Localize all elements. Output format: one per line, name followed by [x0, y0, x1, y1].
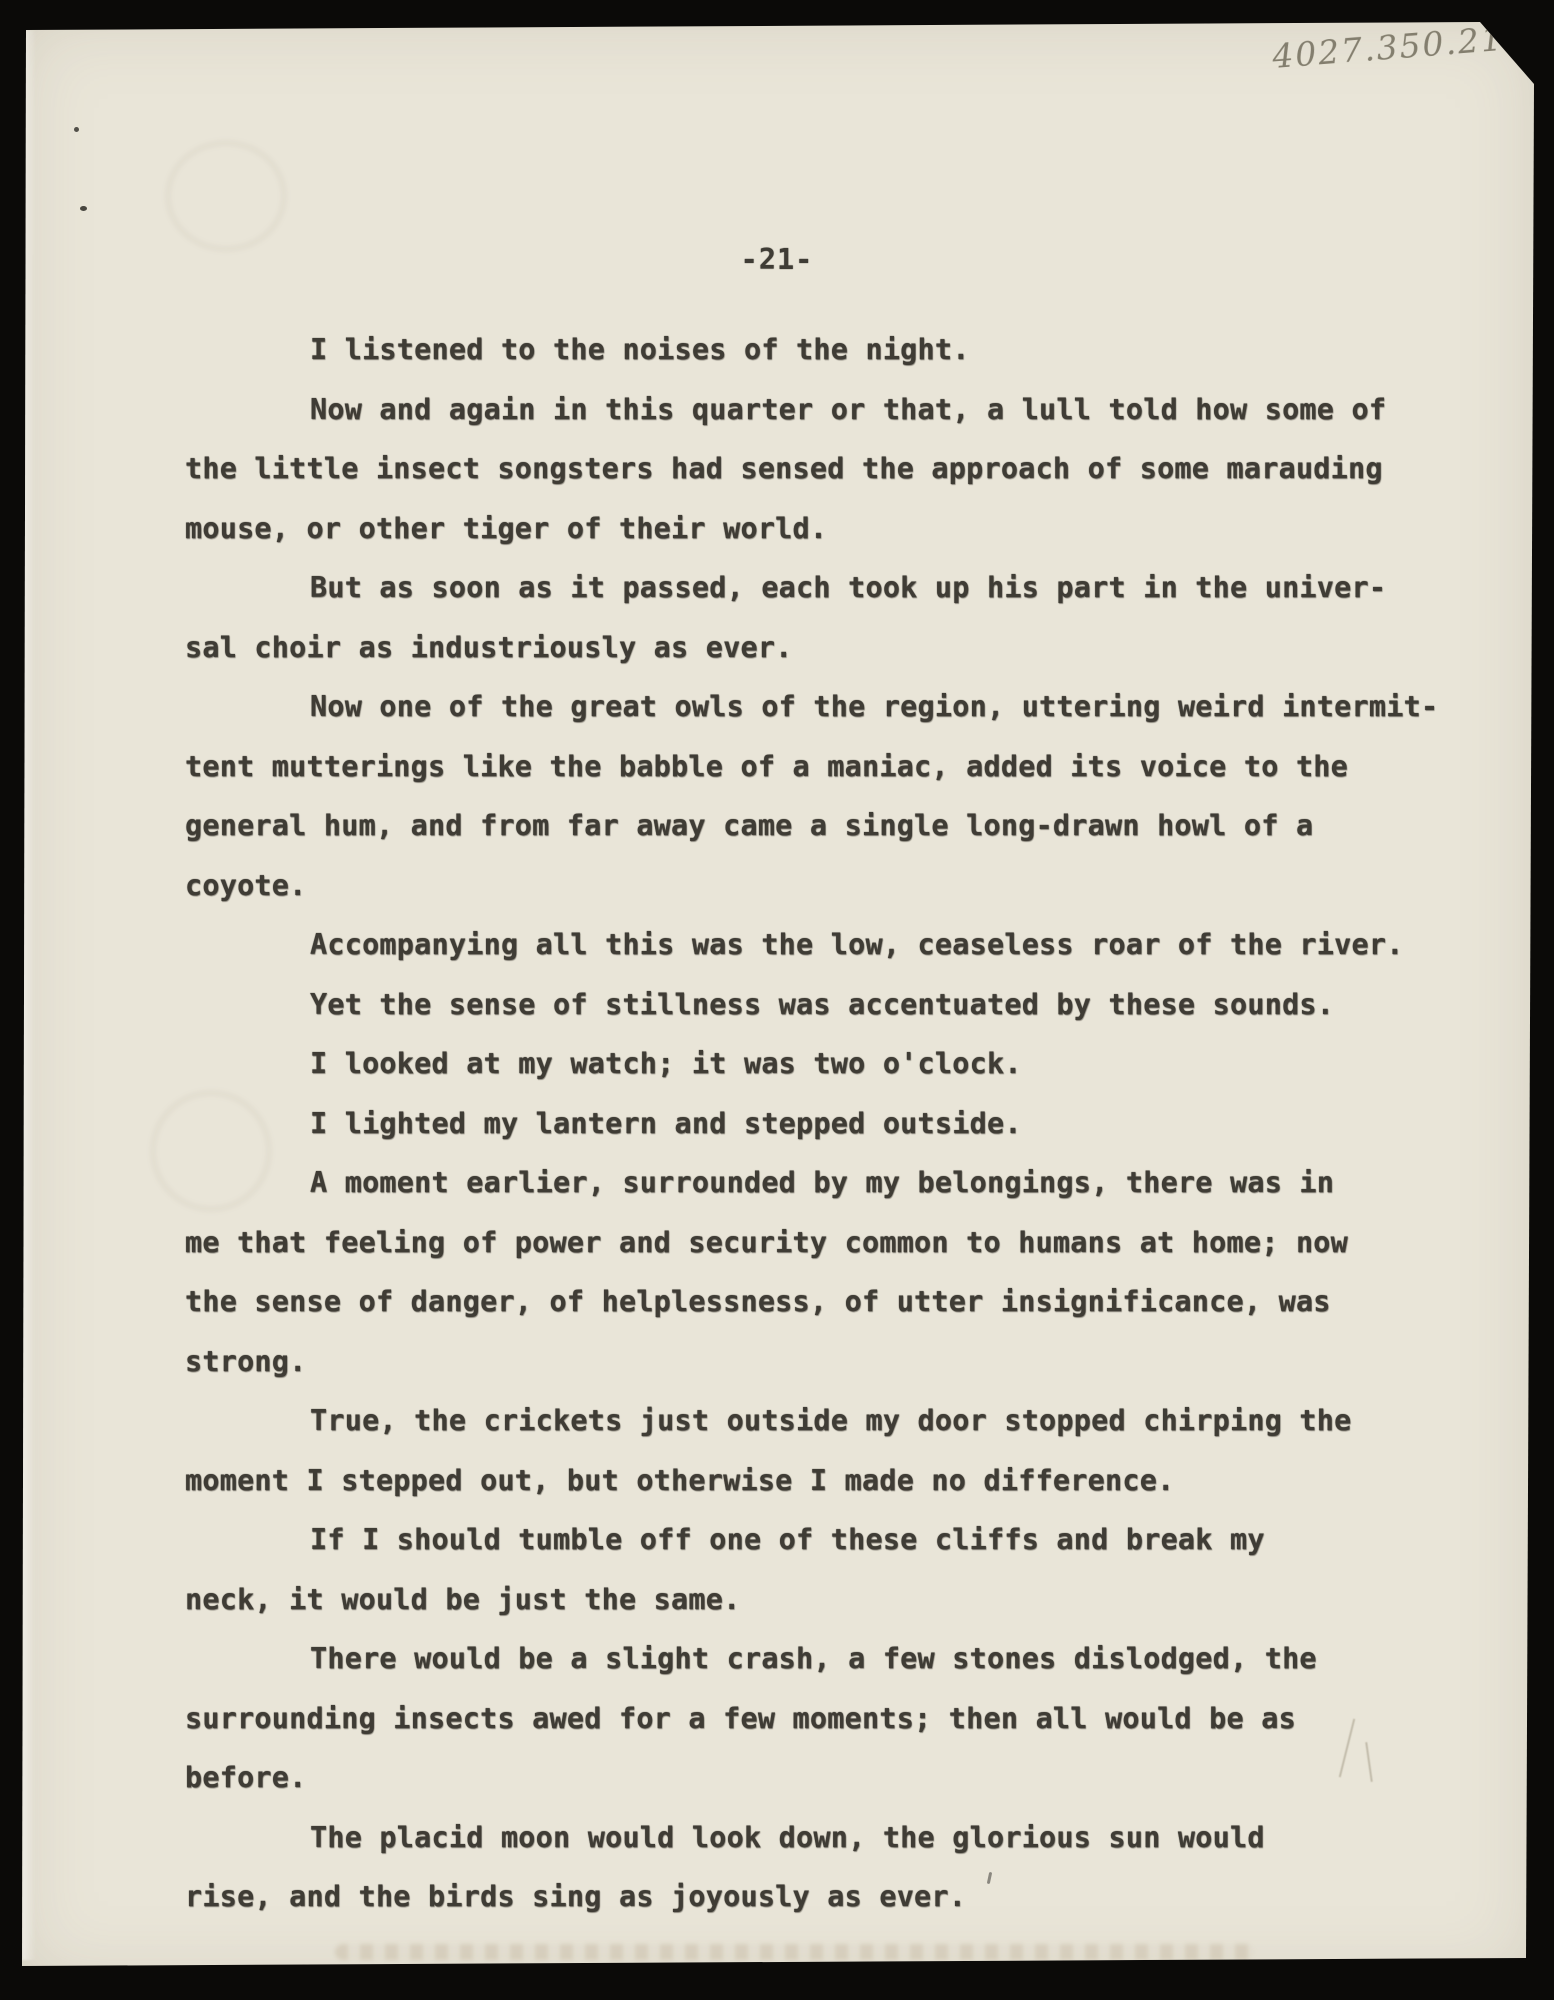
typescript-line: I looked at my watch; it was two o'clock…	[185, 1034, 1465, 1094]
typescript-line: tent mutterings like the babble of a man…	[185, 737, 1465, 797]
typescript-line: rise, and the birds sing as joyously as …	[185, 1867, 1465, 1927]
paper-speck	[74, 127, 79, 132]
typescript-line: Yet the sense of stillness was accentuat…	[185, 975, 1465, 1035]
typescript-line: moment I stepped out, but otherwise I ma…	[185, 1451, 1465, 1511]
typescript-line: True, the crickets just outside my door …	[185, 1391, 1465, 1451]
typescript-line: the sense of danger, of helplessness, of…	[185, 1272, 1465, 1332]
typescript-line: coyote.	[185, 856, 1465, 916]
scan-background: 4027.350.21 -21- I listened to the noise…	[0, 0, 1554, 2000]
typescript-line: neck, it would be just the same.	[185, 1570, 1465, 1630]
typescript-line: I lighted my lantern and stepped outside…	[185, 1094, 1465, 1154]
typescript-line: But as soon as it passed, each took up h…	[185, 558, 1465, 618]
typescript-line: If I should tumble off one of these clif…	[185, 1510, 1465, 1570]
typescript-page: 4027.350.21 -21- I listened to the noise…	[0, 0, 1554, 2000]
catalog-annotation: 4027.350.21	[1271, 19, 1503, 76]
typescript-line: the little insect songsters had sensed t…	[185, 439, 1465, 499]
watermark-emboss	[165, 140, 287, 252]
paper-speck	[80, 206, 87, 211]
typescript-line: Now one of the great owls of the region,…	[185, 677, 1465, 737]
typescript-line: A moment earlier, surrounded by my belon…	[185, 1153, 1465, 1213]
typescript-line: I listened to the noises of the night.	[185, 320, 1465, 380]
typescript-line: me that feeling of power and security co…	[185, 1213, 1465, 1273]
typescript-body: I listened to the noises of the night.No…	[185, 320, 1465, 1927]
paper-deckle-edge	[22, 30, 36, 1960]
typescript-line: sal choir as industriously as ever.	[185, 618, 1465, 678]
bleed-through-text	[335, 1944, 1255, 1960]
typescript-line: before.	[185, 1748, 1465, 1808]
typescript-line: strong.	[185, 1332, 1465, 1392]
typescript-line: surrounding insects awed for a few momen…	[185, 1689, 1465, 1749]
typescript-line: Now and again in this quarter or that, a…	[185, 380, 1465, 440]
typescript-line: There would be a slight crash, a few sto…	[185, 1629, 1465, 1689]
typescript-line: The placid moon would look down, the glo…	[185, 1808, 1465, 1868]
typescript-line: mouse, or other tiger of their world.	[185, 499, 1465, 559]
typescript-line: Accompanying all this was the low, cease…	[185, 915, 1465, 975]
page-number: -21-	[0, 243, 1554, 276]
typescript-line: general hum, and from far away came a si…	[185, 796, 1465, 856]
